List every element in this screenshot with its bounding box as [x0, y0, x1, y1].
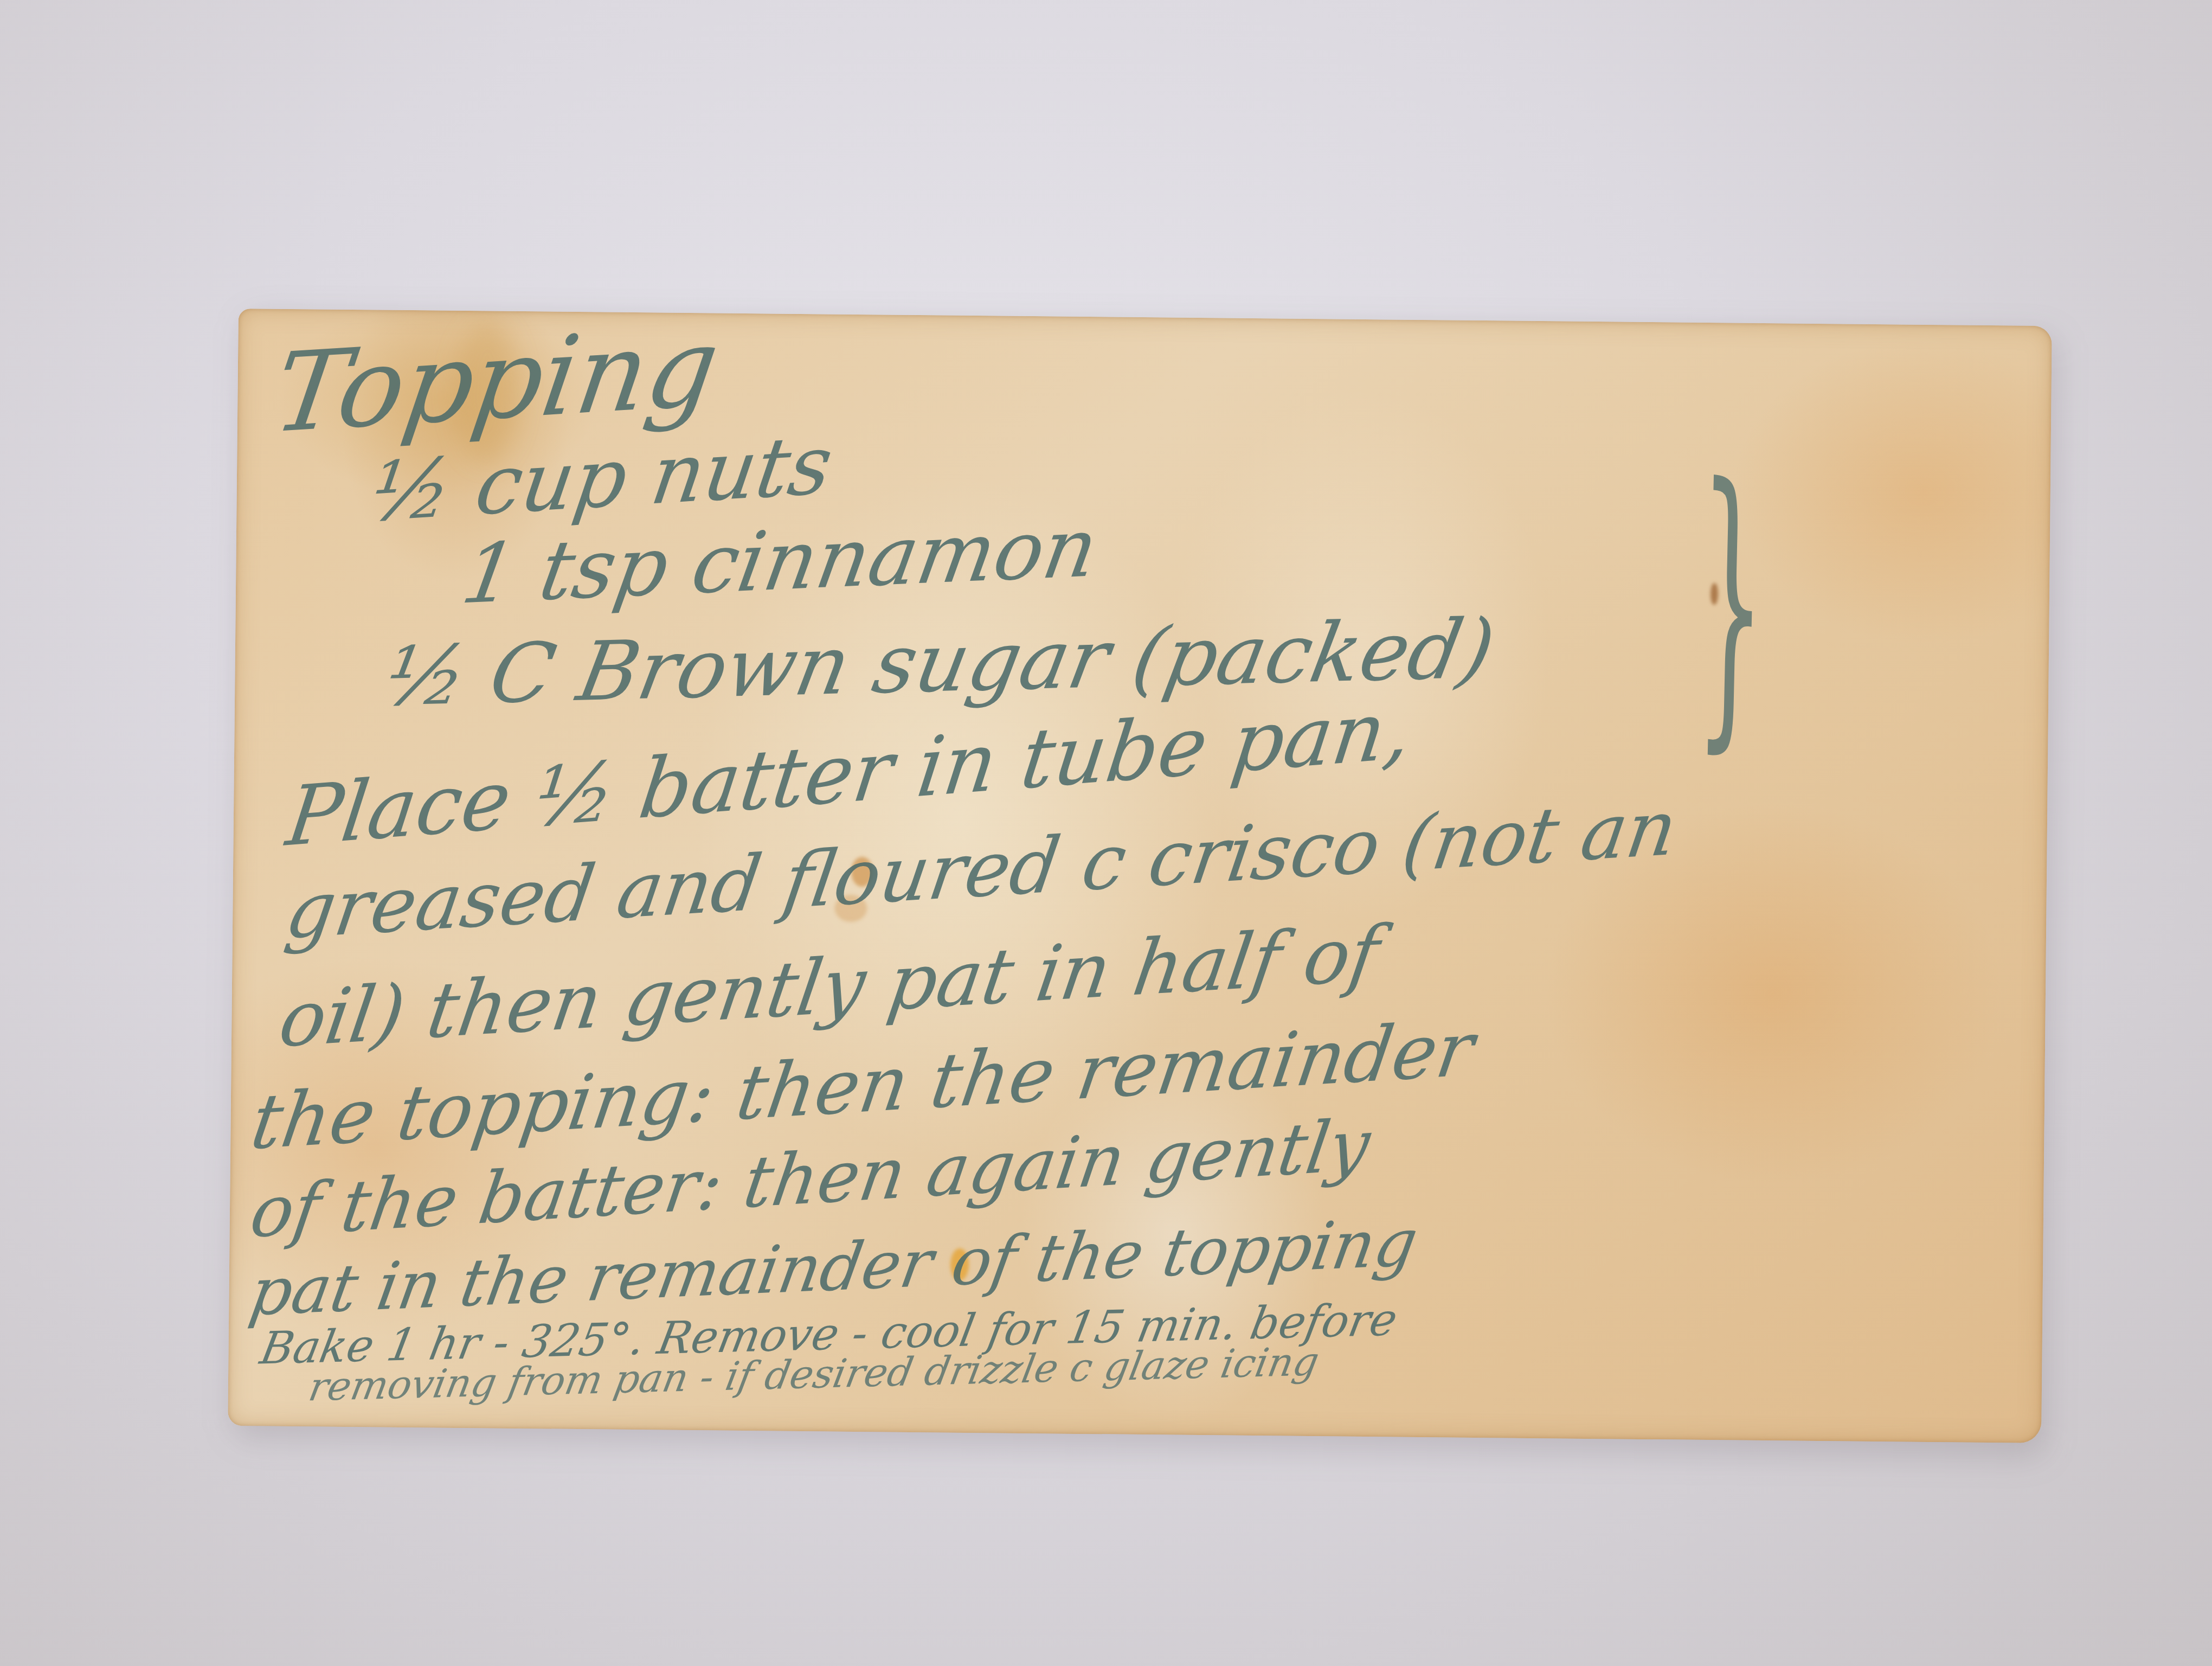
grouping-brace: }	[1694, 447, 1769, 758]
recipe-card: Topping ½ cup nuts 1 tsp cinnamon ½ C Br…	[228, 309, 2052, 1443]
